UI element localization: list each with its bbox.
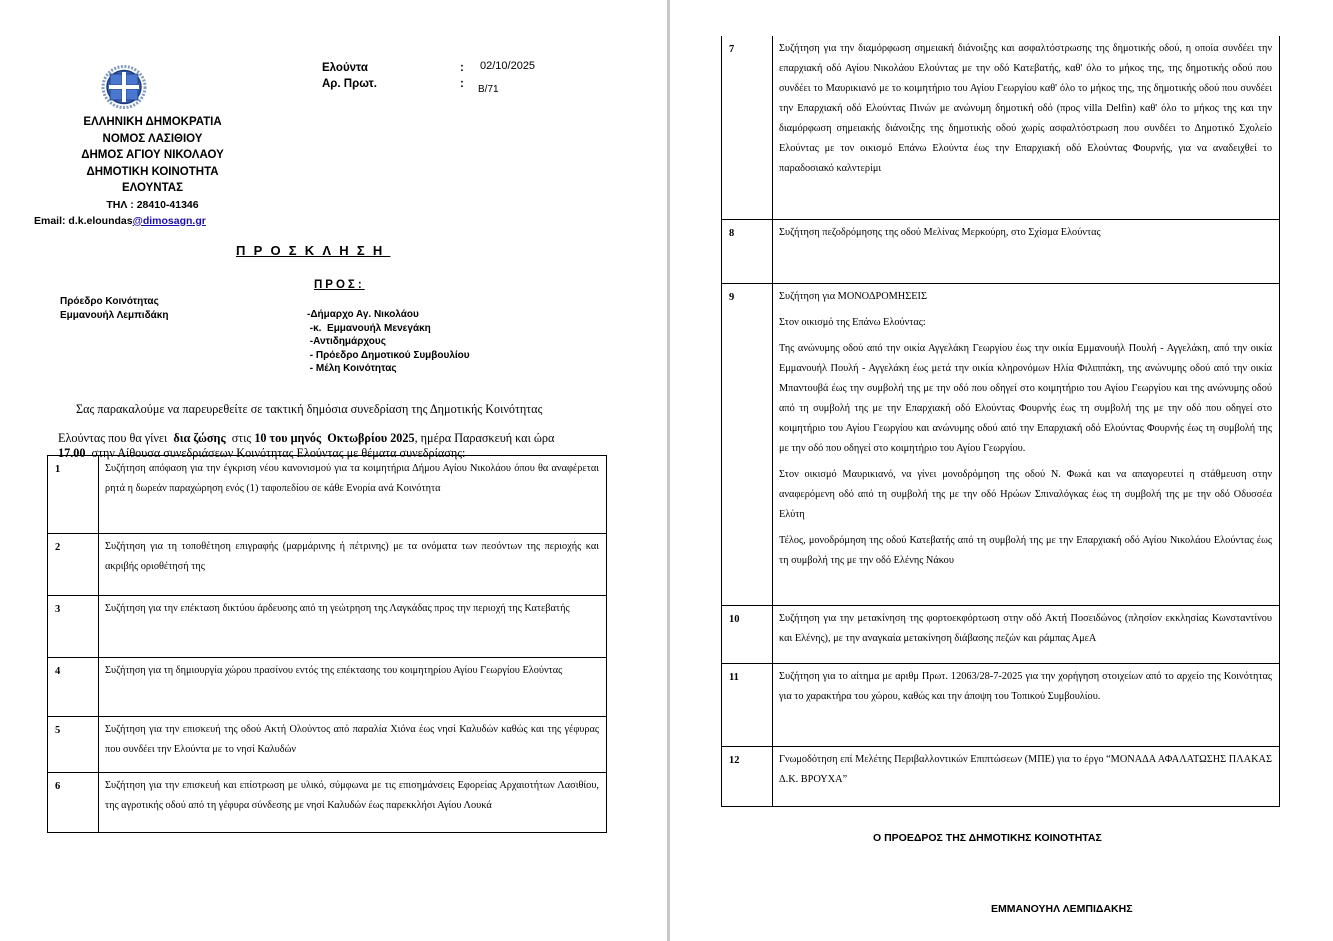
agenda-item-description: Συζήτηση για ΜΟΝΟΔΡΟΜΗΣΕΙΣΣτον οικισμό τ… — [773, 283, 1280, 605]
meeting-date: 10 του μηνός Οκτωβρίου 2025 — [254, 431, 414, 445]
agenda-paragraph: Συζήτηση απόφαση για την έγκριση νέου κα… — [105, 459, 599, 499]
recipients-heading: ΠΡΟΣ: — [314, 279, 365, 291]
agenda-item: 12Γνωμοδότηση επί Μελέτης Περιβαλλοντικώ… — [722, 746, 1280, 806]
agenda-item-number: 2 — [48, 534, 99, 596]
recipient: - Πρόεδρο Δημοτικού Συμβουλίου — [307, 349, 470, 363]
agenda-paragraph: Στον οικισμό Μαυρικιανό, να γίνει μονοδρ… — [779, 465, 1272, 525]
agenda-item: 3Συζήτηση για την επέκταση δικτύου άρδευ… — [48, 596, 607, 658]
sender-name: Εμμανουήλ Λεμπιδάκη — [60, 309, 169, 323]
agenda-paragraph: Γνωμοδότηση επί Μελέτης Περιβαλλοντικών … — [779, 750, 1272, 790]
intro-line: Σας παρακαλούμε να παρευρεθείτε σε τακτι… — [58, 402, 573, 417]
agenda-item: 6 Συζήτηση για την επισκευή και επίστρωσ… — [48, 773, 607, 833]
phone-number: ΤΗΛ : 28410-41346 — [30, 197, 275, 213]
invitation-paragraph: Σας παρακαλούμε να παρευρεθείτε σε τακτι… — [58, 402, 573, 460]
agenda-paragraph: Συζήτηση για την μετακίνηση της φορτοεκφ… — [779, 609, 1272, 649]
intro-text: Ελούντας που θα γίνει — [58, 431, 170, 445]
agenda-paragraph: Συζήτηση για την διαμόρφωση σημειακή διά… — [779, 39, 1272, 179]
agenda-item-number: 5 — [48, 717, 99, 773]
agenda-item-number: 9 — [722, 283, 773, 605]
agenda-item: 11Συζήτηση για το αίτημα με αριθμ Πρωτ. … — [722, 663, 1280, 746]
agenda-paragraph: Στον οικισμό της Επάνω Ελούντας: — [779, 313, 1272, 333]
agenda-item: 10Συζήτηση για την μετακίνηση της φορτοε… — [722, 605, 1280, 663]
agenda-item-number: 7 — [722, 36, 773, 219]
recipients-list: -Δήμαρχο Αγ. Νικολάου -κ. Εμμανουήλ Μενε… — [307, 308, 470, 376]
agenda-item-number: 12 — [722, 746, 773, 806]
agenda-item-description: Συζήτηση για τη τοποθέτηση επιγραφής (μα… — [99, 534, 607, 596]
agenda-item-description: Συζήτηση για την διαμόρφωση σημειακή διά… — [773, 36, 1280, 219]
agenda-item-description: Συζήτηση για το αίτημα με αριθμ Πρωτ. 12… — [773, 663, 1280, 746]
sender-block: Πρόεδρο Κοινότητας Εμμανουήλ Λεμπιδάκη — [60, 295, 169, 322]
intro-text: στις — [229, 431, 255, 445]
org-line: ΕΛΟΥΝΤΑΣ — [30, 180, 275, 197]
separator: : — [460, 62, 464, 74]
agenda-item-description: Συζήτηση για την επισκευή και επίστρωση … — [99, 773, 607, 833]
meeting-mode: δια ζώσης — [170, 431, 228, 445]
agenda-item-description: Συζήτηση απόφαση για την έγκριση νέου κα… — [99, 456, 607, 534]
document-date: 02/10/2025 — [480, 60, 535, 72]
agenda-paragraph: Συζήτηση για την επέκταση δικτύου άρδευσ… — [105, 599, 599, 619]
agenda-table-part-1: 1Συζήτηση απόφαση για την έγκριση νέου κ… — [47, 455, 607, 833]
agenda-paragraph: Συζήτηση για το αίτημα με αριθμ Πρωτ. 12… — [779, 667, 1272, 707]
agenda-item-description: Συζήτηση για την μετακίνηση της φορτοεκφ… — [773, 605, 1280, 663]
agenda-item-description: Συζήτηση για τη δημιουργία χώρου πρασίνο… — [99, 658, 607, 717]
email-prefix: Email: d.k.eloundas — [34, 215, 133, 227]
intro-line: Ελούντας που θα γίνει δια ζώσης στις 10 … — [58, 417, 573, 446]
agenda-paragraph: Συζήτηση για τη τοποθέτηση επιγραφής (μα… — [105, 537, 599, 577]
org-line: ΕΛΛΗΝΙΚΗ ΔΗΜΟΚΡΑΤΙΑ — [30, 114, 275, 131]
recipient: - Μέλη Κοινότητας — [307, 362, 470, 376]
agenda-paragraph: Συζήτηση για την επισκευή της οδού Ακτή … — [105, 720, 599, 760]
agenda-item-number: 4 — [48, 658, 99, 717]
agenda-paragraph: Τέλος, μονοδρόμηση της οδού Κατεβατής απ… — [779, 531, 1272, 571]
email-link[interactable]: @dimosagn.gr — [133, 215, 206, 227]
agenda-item-description: Συζήτηση για την επέκταση δικτύου άρδευσ… — [99, 596, 607, 658]
agenda-item-number: 3 — [48, 596, 99, 658]
agenda-item-number: 11 — [722, 663, 773, 746]
agenda-item-description: Γνωμοδότηση επί Μελέτης Περιβαλλοντικών … — [773, 746, 1280, 806]
recipient: -κ. Εμμανουήλ Μενεγάκη — [307, 322, 470, 336]
separator: : — [460, 78, 464, 90]
agenda-item-description: Συζήτηση για την επισκευή της οδού Ακτή … — [99, 717, 607, 773]
signature-title: Ο ΠΡΟΕΔΡΟΣ ΤΗΣ ΔΗΜΟΤΙΚΗΣ ΚΟΙΝΟΤΗΤΑΣ — [873, 832, 1102, 844]
agenda-item-number: 1 — [48, 456, 99, 534]
agenda-item-description: Συζήτηση πεζοδρόμησης της οδού Μελίνας Μ… — [773, 219, 1280, 283]
agenda-paragraph: Συζήτηση πεζοδρόμησης της οδού Μελίνας Μ… — [779, 223, 1272, 243]
agenda-item: 7Συζήτηση για την διαμόρφωση σημειακή δι… — [722, 36, 1280, 219]
place-label: Ελούντα — [322, 62, 368, 74]
agenda-item: 4Συζήτηση για τη δημιουργία χώρου πρασίν… — [48, 658, 607, 717]
org-line: ΔΗΜΟΤΙΚΗ ΚΟΙΝΟΤΗΤΑ — [30, 164, 275, 181]
agenda-paragraph: Συζήτηση για τη δημιουργία χώρου πρασίνο… — [105, 661, 599, 681]
agenda-item: 8Συζήτηση πεζοδρόμησης της οδού Μελίνας … — [722, 219, 1280, 283]
agenda-paragraph: Συζήτηση για ΜΟΝΟΔΡΟΜΗΣΕΙΣ — [779, 287, 1272, 307]
sender-role: Πρόεδρο Κοινότητας — [60, 295, 169, 309]
agenda-item-number: 6 — [48, 773, 99, 833]
intro-text: , ημέρα Παρασκευή και ώρα — [415, 431, 555, 445]
document-title: ΠΡΟΣΚΛΗΣΗ — [236, 243, 390, 258]
protocol-label: Αρ. Πρωτ. — [322, 78, 377, 90]
issuing-authority: ΕΛΛΗΝΙΚΗ ΔΗΜΟΚΡΑΤΙΑ ΝΟΜΟΣ ΛΑΣΙΘΙΟΥ ΔΗΜΟΣ… — [30, 114, 275, 229]
agenda-item: 5Συζήτηση για την επισκευή της οδού Ακτή… — [48, 717, 607, 773]
agenda-paragraph: Συζήτηση για την επισκευή και επίστρωση … — [105, 776, 599, 816]
recipient: -Δήμαρχο Αγ. Νικολάου — [307, 308, 470, 322]
email-line: Email: d.k.eloundas@dimosagn.gr — [30, 213, 275, 229]
org-line: ΔΗΜΟΣ ΑΓΙΟΥ ΝΙΚΟΛΑΟΥ — [30, 147, 275, 164]
document-page-1: ΕΛΛΗΝΙΚΗ ΔΗΜΟΚΡΑΤΙΑ ΝΟΜΟΣ ΛΑΣΙΘΙΟΥ ΔΗΜΟΣ… — [0, 0, 667, 941]
agenda-paragraph: Της ανώνυμης οδού από την οικία Αγγελάκη… — [779, 339, 1272, 459]
agenda-item-number: 8 — [722, 219, 773, 283]
org-line: ΝΟΜΟΣ ΛΑΣΙΘΙΟΥ — [30, 131, 275, 148]
agenda-table-part-2: 7Συζήτηση για την διαμόρφωση σημειακή δι… — [721, 36, 1280, 807]
agenda-item-number: 10 — [722, 605, 773, 663]
greek-coat-of-arms-icon — [101, 65, 147, 109]
agenda-item: 1Συζήτηση απόφαση για την έγκριση νέου κ… — [48, 456, 607, 534]
recipient: -Αντιδημάρχους — [307, 335, 470, 349]
agenda-item: 2Συζήτηση για τη τοποθέτηση επιγραφής (μ… — [48, 534, 607, 596]
signature-name: ΕΜΜΑΝΟΥΗΛ ΛΕΜΠΙΔΑΚΗΣ — [991, 903, 1133, 915]
agenda-item: 9Συζήτηση για ΜΟΝΟΔΡΟΜΗΣΕΙΣΣτον οικισμό … — [722, 283, 1280, 605]
protocol-number: Β/71 — [478, 84, 499, 95]
